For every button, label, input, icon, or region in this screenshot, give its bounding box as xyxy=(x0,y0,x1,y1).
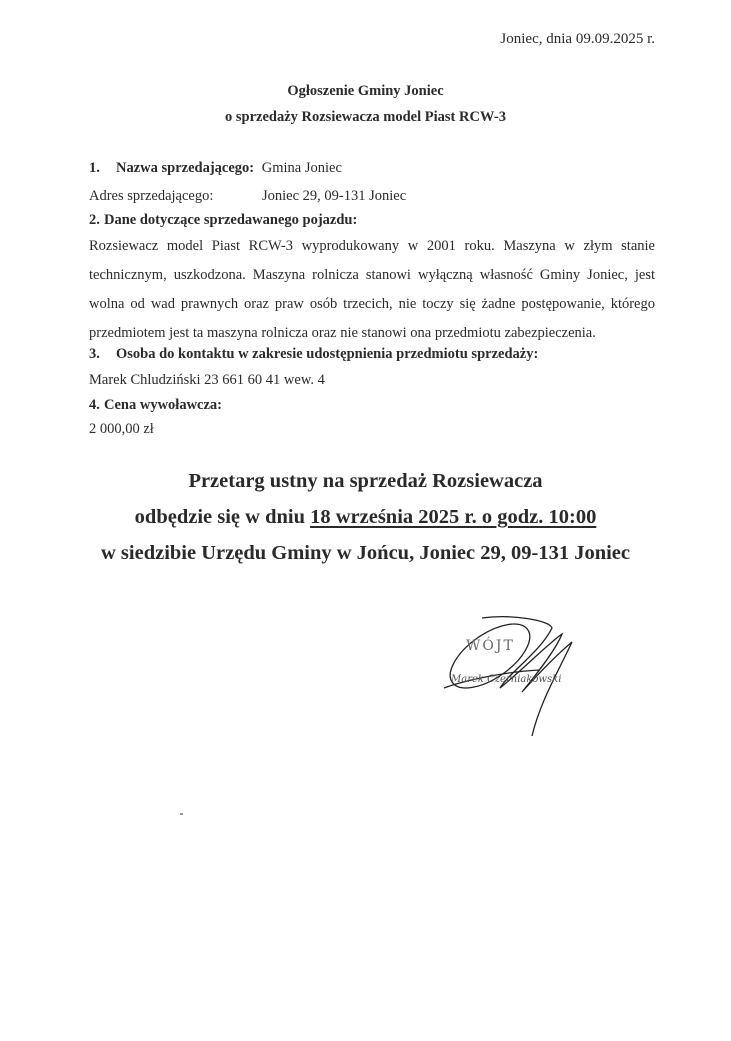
section-label: Nazwa sprzedającego: xyxy=(116,160,254,176)
auction-date-time: 18 września 2025 r. o godz. 10:00 xyxy=(310,506,596,528)
place-date: Joniec, dnia 09.09.2025 r. xyxy=(500,31,655,48)
stamp-title: WÓJT xyxy=(466,638,515,654)
document-title: Ogłoszenie Gminy Joniec xyxy=(0,83,731,100)
section-contact-heading: 3.Osoba do kontaktu w zakresie udostępni… xyxy=(89,346,538,363)
starting-price: 2 000,00 zł xyxy=(89,421,154,438)
description-line: Rozsiewacz model Piast RCW-3 wyprodukowa… xyxy=(89,232,655,261)
section-label: Cena wywoławcza: xyxy=(104,397,222,413)
auction-line-1: Przetarg ustny na sprzedaż Rozsiewacza xyxy=(0,470,731,493)
auction-line-3: w siedzibie Urzędu Gminy w Jońcu, Joniec… xyxy=(0,542,731,565)
section-number: 3. xyxy=(89,346,116,363)
section-number: 2. xyxy=(89,212,104,229)
contact-person: Marek Chludziński 23 661 60 41 wew. 4 xyxy=(89,372,325,389)
stamp-name: Marek Czerniakowski xyxy=(451,674,561,685)
section-seller-name: 1.Nazwa sprzedającego: Gmina Joniec xyxy=(89,160,342,177)
section-price-heading: 4.Cena wywoławcza: xyxy=(89,397,222,414)
section-label: Dane dotyczące sprzedawanego pojazdu: xyxy=(104,212,357,228)
scan-speck xyxy=(180,813,183,815)
vehicle-description: Rozsiewacz model Piast RCW-3 wyprodukowa… xyxy=(89,232,655,348)
address-label: Adres sprzedającego: xyxy=(89,188,262,205)
seller-name-value: Gmina Joniec xyxy=(262,160,342,176)
section-number: 4. xyxy=(89,397,104,414)
auction-line-2: odbędzie się w dniu 18 września 2025 r. … xyxy=(0,506,731,529)
section-number: 1. xyxy=(89,160,116,177)
section-seller-address: Adres sprzedającego:Joniec 29, 09-131 Jo… xyxy=(89,188,406,205)
description-line: przedmiotem jest ta maszyna rolnicza ora… xyxy=(89,319,655,348)
description-line: wolna od wad prawnych oraz praw osób trz… xyxy=(89,290,655,319)
section-label: Osoba do kontaktu w zakresie udostępnien… xyxy=(116,346,538,362)
address-value: Joniec 29, 09-131 Joniec xyxy=(262,188,406,204)
description-line: technicznym, uszkodzona. Maszyna rolnicz… xyxy=(89,261,655,290)
section-vehicle-heading: 2.Dane dotyczące sprzedawanego pojazdu: xyxy=(89,212,357,229)
auction-date-prefix: odbędzie się w dniu xyxy=(135,506,310,528)
document-subtitle: o sprzedaży Rozsiewacza model Piast RCW-… xyxy=(0,109,731,126)
